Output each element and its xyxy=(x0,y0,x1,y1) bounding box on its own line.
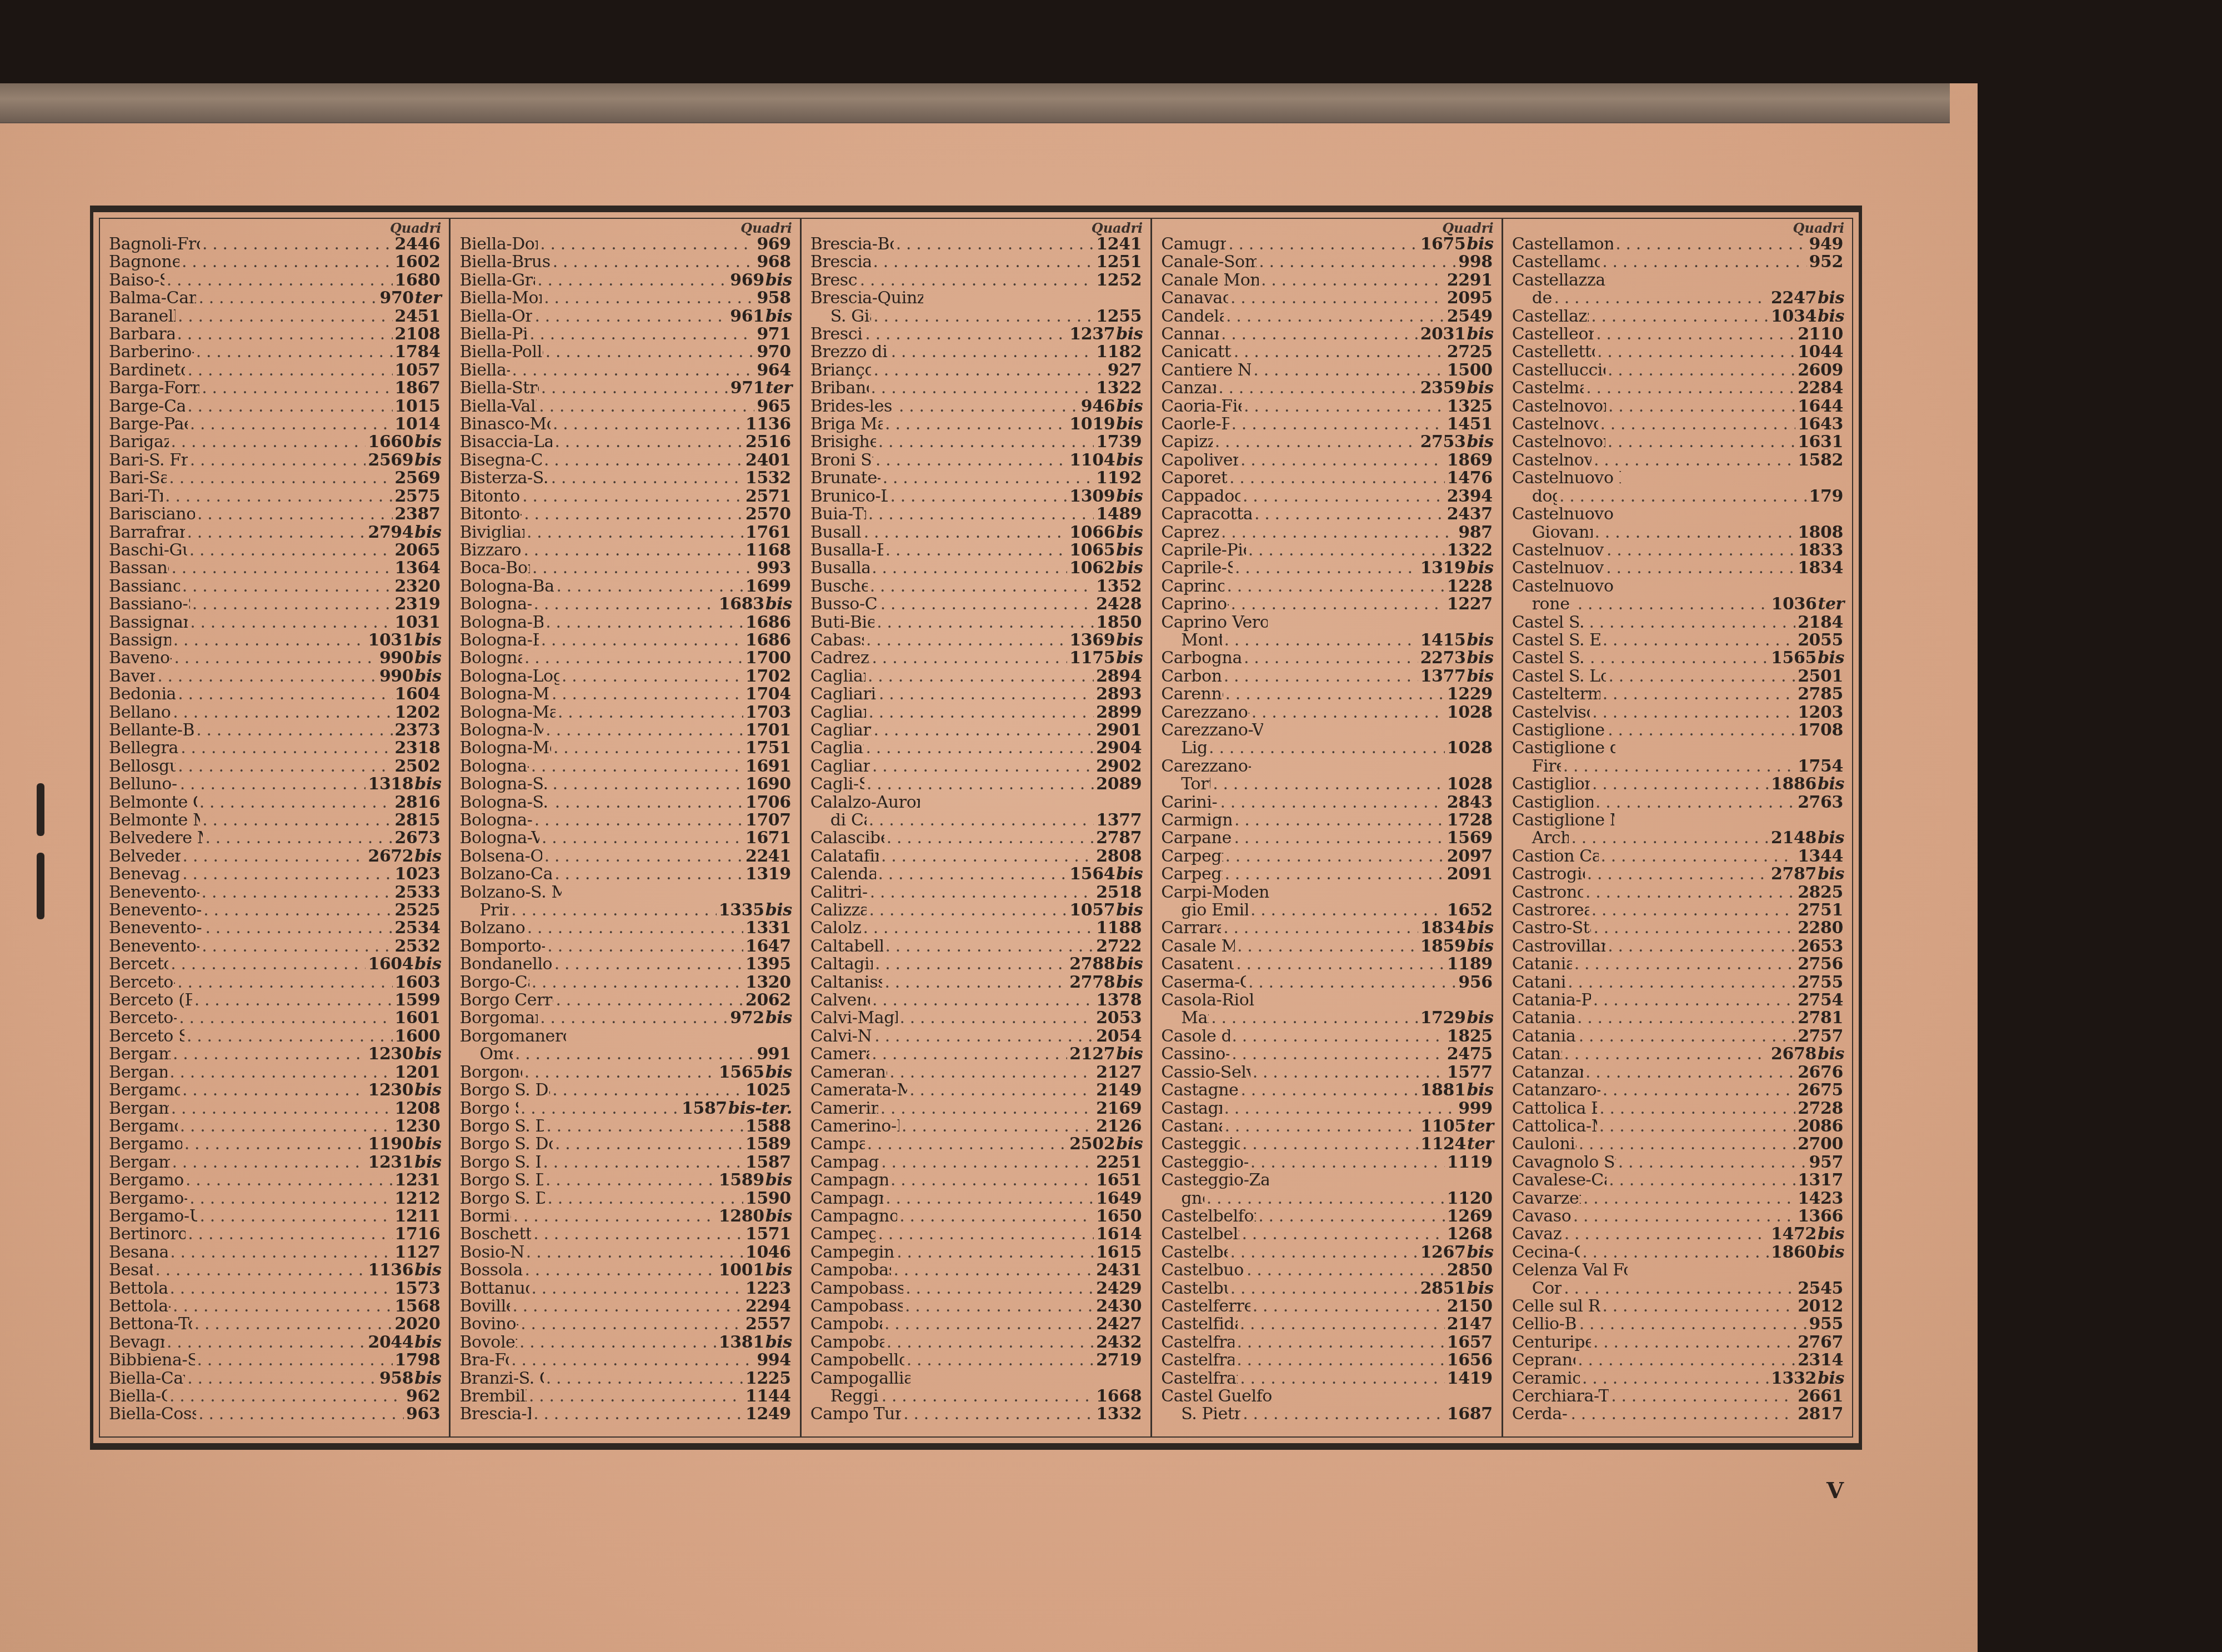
leader-dots xyxy=(1250,1154,1445,1172)
station-name: Catania-Motta xyxy=(1512,974,1566,992)
leader-dots xyxy=(873,362,1105,379)
leader-dots xyxy=(512,1298,743,1315)
number-suffix: bis xyxy=(1116,955,1143,973)
number-suffix: bis xyxy=(414,1370,441,1388)
station-name: Primiero xyxy=(459,902,509,919)
index-entry: Berceto (Poggio)-Fornovo1599 xyxy=(109,992,441,1009)
index-entry: Bondanello Gonzaga Stazione1395 xyxy=(459,955,792,973)
index-entry: Campobasso-Termoli2427 xyxy=(810,1315,1143,1333)
station-name: Benevento-Castelvetere Valf. xyxy=(109,884,199,902)
table-number: 1322 xyxy=(1447,542,1493,559)
station-name: Boville-Giglio xyxy=(459,1298,510,1315)
leader-dots xyxy=(1579,1135,1795,1153)
table-number: 1588 xyxy=(745,1118,791,1135)
index-entry: Castel Guelfo di Bologna-Castel xyxy=(1161,1388,1493,1405)
leader-dots xyxy=(1600,415,1796,433)
index-entry: Boschetto-Borgotaro1571 xyxy=(459,1225,792,1243)
table-number: 1377 xyxy=(1096,812,1142,829)
table-number: 1332 xyxy=(1096,1405,1142,1423)
station-name: Camugnano-Bologna xyxy=(1161,236,1226,253)
station-name: Bergamo-Crema xyxy=(109,1100,169,1118)
leader-dots xyxy=(874,1028,1094,1045)
table-number: 969 xyxy=(757,236,790,253)
index-entry: Borgonovo-Luzzano1565bis xyxy=(459,1064,792,1082)
station-name: Carini-Stazione xyxy=(1161,794,1218,812)
table-number: 2127 xyxy=(1069,1045,1115,1063)
leader-dots xyxy=(1564,1225,1769,1243)
station-name: Capracotta-S. Pietro Avellara xyxy=(1161,505,1252,523)
leader-dots xyxy=(187,1028,392,1045)
leader-dots xyxy=(511,1351,754,1369)
table-number: 1190 xyxy=(368,1135,413,1153)
station-name: Biella-Mongrando-Ivrea xyxy=(459,289,542,307)
index-entry: Cellio-Borgosesia955 xyxy=(1512,1315,1844,1333)
leader-dots xyxy=(872,758,1094,775)
leader-dots xyxy=(182,865,392,883)
table-number: 2899 xyxy=(1096,704,1142,722)
station-name: Casteggio-Bressana Bottar. xyxy=(1161,1135,1240,1153)
number-suffix: bis xyxy=(765,1172,792,1189)
station-name: Barge-Cavour-Moretta xyxy=(109,398,185,415)
table-number: 2184 xyxy=(1798,614,1843,632)
station-name: Bassignana-Alessandria xyxy=(109,614,188,632)
station-name: Brescia-Quinzano d'Oglio-Borgo xyxy=(810,289,923,307)
index-entry: Bertinoro-Forlimpopoli1716 xyxy=(109,1225,441,1243)
index-entry: Bologna-Vignola-Pavullo1671 xyxy=(459,829,792,847)
table-number: 2756 xyxy=(1798,955,1843,973)
table-number: 2901 xyxy=(1096,722,1142,739)
station-name: Campagnano-Roma xyxy=(810,1154,879,1172)
index-entry: Barigazzo-Modena1660bis xyxy=(109,433,441,451)
station-name: Brezzo di Bedero-Luino xyxy=(810,343,889,361)
leader-dots xyxy=(196,343,393,361)
leader-dots xyxy=(865,326,1067,343)
station-name: Castelnovomonti-Ramiseto xyxy=(1512,415,1598,433)
station-name: Bertinoro-Forlimpopoli xyxy=(109,1225,186,1243)
table-number: 1703 xyxy=(745,704,791,722)
table-number: 955 xyxy=(1809,1315,1843,1333)
leader-dots xyxy=(552,1082,743,1099)
index-entry: Castro-Staz. Castro-Pofi2280 xyxy=(1512,919,1844,937)
leader-dots xyxy=(1593,919,1795,937)
station-name: Castel S. Elia-Nepi-Civita C. xyxy=(1512,632,1600,649)
station-name: Candela-Stazione xyxy=(1161,308,1224,326)
leader-dots xyxy=(1592,902,1795,919)
index-entry: Brescia-Vestone1237bis xyxy=(810,326,1143,343)
leader-dots xyxy=(1586,379,1795,397)
number-suffix: bis xyxy=(1467,668,1494,685)
index-entry: Carrara-Bedizzano1834bis xyxy=(1161,919,1493,937)
table-number: 2110 xyxy=(1798,326,1843,343)
table-number: 2446 xyxy=(395,236,441,253)
index-entry: Ligure1028 xyxy=(1161,739,1493,757)
station-name: Bolzano-S. Martino-Fiera di xyxy=(459,884,561,902)
number-suffix: bis xyxy=(765,1334,792,1351)
index-entry: Belvedere Maritt.-Castrovillari2673 xyxy=(109,829,441,847)
leader-dots xyxy=(885,542,1067,559)
table-number: 2149 xyxy=(1096,1082,1142,1099)
table-number: 2673 xyxy=(395,829,441,847)
leader-dots xyxy=(866,632,1067,649)
index-entry: Bari-Santeramo2569 xyxy=(109,469,441,487)
table-number: 2609 xyxy=(1798,362,1843,379)
index-entry: Castelnuovo Garf.-Gorfigliano1833 xyxy=(1512,542,1844,559)
station-name: Barrafranca-Caltanissetta xyxy=(109,524,185,542)
station-name: Castelnovomonti-Reggio Emil. xyxy=(1512,433,1605,451)
table-number: 2294 xyxy=(745,1298,791,1315)
station-name: Catanzaro-Albi xyxy=(1512,1045,1562,1063)
station-name: Biella-Valle-S. Nicolao xyxy=(459,398,537,415)
station-name: Castrogiovanni-Stazione xyxy=(1512,865,1585,883)
leader-dots xyxy=(1603,1298,1796,1315)
leader-dots xyxy=(875,452,1067,469)
table-number: 1650 xyxy=(1096,1208,1142,1225)
table-number: 2785 xyxy=(1798,685,1843,703)
station-name: Caoria-Fiera di Primiero xyxy=(1161,398,1242,415)
index-entry: Archi Scalo2148bis xyxy=(1512,829,1844,847)
table-number: 993 xyxy=(757,559,790,577)
station-name: Bibbiena-S. Piero in Bagno xyxy=(109,1351,195,1369)
table-number: 969 xyxy=(730,272,764,289)
leader-dots xyxy=(180,1118,393,1135)
table-number: 1860 xyxy=(1771,1244,1816,1261)
index-entry: Cassino-Alvito-Sora2475 xyxy=(1161,1045,1493,1063)
number-suffix: bis xyxy=(765,1009,792,1027)
index-entry: Camerino-Fiastra-Bolognola2126 xyxy=(810,1118,1143,1135)
index-entry: Bibbiena-S. Piero in Bagno1798 xyxy=(109,1351,441,1369)
table-number: 2778 xyxy=(1069,974,1115,992)
leader-dots xyxy=(1593,992,1795,1009)
index-entry: Berceto-Marzolara1603 xyxy=(109,974,441,992)
index-entry: Catania-Ramacca2781 xyxy=(1512,1009,1844,1027)
leader-dots xyxy=(552,685,743,703)
leader-dots xyxy=(1215,433,1418,451)
table-number: 2387 xyxy=(395,505,441,523)
table-number: 1590 xyxy=(745,1190,791,1208)
table-number: 2722 xyxy=(1096,938,1142,955)
station-name: Firenze xyxy=(1512,758,1561,775)
leader-dots xyxy=(172,1154,366,1172)
index-entry: Campobasso-Trivento2432 xyxy=(810,1334,1143,1351)
index-entry: Castelbelforte-Verona1267bis xyxy=(1161,1244,1493,1261)
station-name: Bologna-Spilamberto xyxy=(459,812,532,829)
station-name: Bologna-Molino di Cesare xyxy=(459,722,543,739)
index-entry: Castelfranco-Modena1656 xyxy=(1161,1351,1493,1369)
station-name: Calascibetta-Stazione xyxy=(810,829,884,847)
index-entry: Bassiano-Sezze-Stazione2319 xyxy=(109,595,441,613)
index-entry: Castelferretti-Manifattura T.2150 xyxy=(1161,1298,1493,1315)
leader-dots xyxy=(1221,524,1456,542)
leader-dots xyxy=(544,289,754,307)
station-name: Busso-Campobasso xyxy=(810,595,878,613)
leader-dots xyxy=(544,848,743,865)
leader-dots xyxy=(877,614,1094,632)
station-name: S. Pietro d' Emilia xyxy=(1161,1405,1240,1423)
index-entry: Cassio-Selva Bocchetto Staz1577 xyxy=(1161,1064,1493,1082)
station-name: Barga-Fornaci di Barga Staz. xyxy=(109,379,199,397)
index-entry: Cattolica Eraclea-Stazione2728 xyxy=(1512,1100,1844,1118)
station-name: Canzano-Teramo xyxy=(1161,379,1216,397)
table-number: 2728 xyxy=(1798,1100,1843,1118)
index-entry: Campobasso-Gambatesa2431 xyxy=(810,1261,1143,1279)
table-number: 1859 xyxy=(1420,938,1466,955)
table-number: 971 xyxy=(730,379,764,397)
index-entry: Carenno-Calolzio1229 xyxy=(1161,685,1493,703)
index-entry: Caprile-Pieve Livinallongo1322 xyxy=(1161,542,1493,559)
table-number: 2661 xyxy=(1798,1388,1843,1405)
table-number: 2148 xyxy=(1771,829,1816,847)
table-number: 2020 xyxy=(395,1315,441,1333)
leader-dots xyxy=(1225,865,1445,883)
index-entry: Borgo-Castel Tesino1320 xyxy=(459,974,792,992)
station-name: Bassiano-Sermoneta xyxy=(109,578,180,595)
table-number: 1886 xyxy=(1771,775,1816,793)
index-entry: Ceramica Staz.-Terres1332bis xyxy=(1512,1370,1844,1388)
leader-dots xyxy=(1589,614,1795,632)
station-name: Castiglione de' Pepoli-Bologna xyxy=(1512,722,1606,739)
table-number: 1602 xyxy=(395,253,441,271)
number-suffix: bis xyxy=(1116,524,1143,542)
table-number: 965 xyxy=(757,398,790,415)
table-number: 1601 xyxy=(395,1009,441,1027)
table-number: 2571 xyxy=(745,488,791,505)
index-entry: Briançon-Torino927 xyxy=(810,362,1143,379)
index-entry: Campobasso-S. Angelo Limos.2429 xyxy=(810,1280,1143,1298)
index-entry: Camerano-Ancona2127bis xyxy=(810,1045,1143,1063)
index-entry: Biella-Cossato-Borgosesia963 xyxy=(109,1405,441,1423)
station-name: Bari-Santeramo xyxy=(109,469,167,487)
index-entry: Bergamo-S. Omobono1231 xyxy=(109,1172,441,1189)
leader-dots xyxy=(1225,685,1445,703)
station-name: Cantiere Navale-Monfalcone xyxy=(1161,362,1251,379)
station-name: Camerata-Manifattura Tabacchi xyxy=(810,1082,907,1099)
station-name: Campobasso-S. Giov. in Galdo xyxy=(810,1298,903,1315)
number-suffix: bis xyxy=(1818,289,1844,307)
station-name: Bellosguardo-Eboli xyxy=(109,758,176,775)
index-entry: Busalla-Casella1066bis xyxy=(810,524,1143,542)
station-name: Giovanni Valdarno xyxy=(1512,524,1593,542)
index-entry: Bologna-Spilamberto1707 xyxy=(459,812,792,829)
table-number: 2394 xyxy=(1447,488,1493,505)
index-entry: Camerino-Fabriano2169 xyxy=(810,1100,1143,1118)
table-number: 1656 xyxy=(1447,1351,1493,1369)
leader-dots xyxy=(547,1190,743,1208)
table-number: 1833 xyxy=(1798,542,1843,559)
station-name: Caprile-Selva di Cadore xyxy=(1161,559,1233,577)
index-entry: Caulonia-Stazione2700 xyxy=(1512,1135,1844,1153)
table-number: 1761 xyxy=(745,524,791,542)
leader-dots xyxy=(1592,704,1795,722)
table-number: 1046 xyxy=(745,1244,791,1261)
index-entry: Berceto-Borgotaro1604bis xyxy=(109,955,441,973)
index-column-5: Quadri Castellamonte-Sale Castelnuovo949… xyxy=(1503,219,1852,1436)
index-entry: Cavagnolo Staz.-Serralunga Staz.957 xyxy=(1512,1154,1844,1172)
index-entry: Brunico-Longega-S. Vigilio1309bis xyxy=(810,488,1143,505)
station-name: Bosio-Novi Ligure xyxy=(459,1244,523,1261)
index-entry: Borgo S. Donnino-Soragna1590 xyxy=(459,1190,792,1208)
index-entry: Bassano-Vicenza1364 xyxy=(109,559,441,577)
index-entry: Bologna-Marzabotto-Vedegheto1703 xyxy=(459,704,792,722)
leader-dots xyxy=(905,1280,1094,1298)
table-number: 1587 xyxy=(745,1154,791,1172)
number-suffix: bis xyxy=(1467,919,1494,937)
station-name: Bra-Fossano xyxy=(459,1351,509,1369)
table-number: 2054 xyxy=(1096,1028,1142,1045)
table-number: 2817 xyxy=(1798,1405,1843,1423)
station-name: Tortona xyxy=(1161,775,1210,793)
leader-dots xyxy=(1231,595,1445,613)
station-name: Baranello-Stazione xyxy=(109,308,176,326)
leader-dots xyxy=(1573,1208,1795,1225)
table-number: 1647 xyxy=(745,938,791,955)
table-number: 1255 xyxy=(1096,308,1142,326)
table-number: 1066 xyxy=(1069,524,1115,542)
leader-dots xyxy=(189,542,393,559)
table-number: 1604 xyxy=(368,955,413,973)
index-entry: Tortona1028 xyxy=(1161,775,1493,793)
table-number: 1671 xyxy=(745,829,791,847)
station-name: Castellamonte-Sale Castelnuovo xyxy=(1512,236,1614,253)
station-name: Bormio-Livigno xyxy=(459,1208,511,1225)
leader-dots xyxy=(541,379,728,397)
index-entry: S. Pietro d' Emilia1687 xyxy=(1161,1405,1493,1423)
station-name: Castelnuovo Garf.-Gorfigliano xyxy=(1512,542,1604,559)
table-number: 1203 xyxy=(1798,704,1843,722)
table-number: 2012 xyxy=(1798,1298,1843,1315)
index-column-1: Quadri Bagnoli-Frosolone-Cantalupo2446Ba… xyxy=(100,219,451,1436)
table-number: 1332 xyxy=(1771,1370,1816,1388)
station-name: Bolsena-Orvieto Stazione xyxy=(459,848,542,865)
number-suffix: bis xyxy=(414,1154,441,1172)
index-entry: Bettola-Morfasso1568 xyxy=(109,1298,441,1315)
column-header: Quadri xyxy=(109,221,441,236)
station-name: Archi Scalo xyxy=(1512,829,1569,847)
table-number: 1577 xyxy=(1447,1064,1493,1082)
index-entry: Barisciano-Casteldelmonte2387 xyxy=(109,505,441,523)
leader-dots xyxy=(867,1135,1068,1153)
leader-dots xyxy=(533,1225,743,1243)
leader-dots xyxy=(169,1064,392,1082)
number-suffix: ter xyxy=(1467,1118,1494,1135)
station-name: Berceto Staz.-Comune xyxy=(109,1028,184,1045)
station-name: Bologna-S. Benedetto Querc. xyxy=(459,775,550,793)
table-number: 2725 xyxy=(1447,343,1493,361)
index-entry: Campegine-Reggio Emilia1615 xyxy=(810,1244,1143,1261)
index-entry: Bitonto-S. Spirito2570 xyxy=(459,505,792,523)
station-name: Castel S. Giov.-Borgonovo xyxy=(1512,649,1588,667)
leader-dots xyxy=(885,938,1094,955)
station-name: Catania-Zafferana xyxy=(1512,1028,1577,1045)
leader-dots xyxy=(900,1009,1094,1027)
table-number: 2428 xyxy=(1096,595,1142,613)
index-entry: Bolzano-Canazei-Cort. d'Amp.1319 xyxy=(459,865,792,883)
index-entry: Castelnovo Sotto-Parma1582 xyxy=(1512,452,1844,469)
leader-dots xyxy=(192,595,393,613)
station-name: Camerano-Ancona xyxy=(810,1045,870,1063)
index-entry: Bisaccia-Lacedonia-Rocchetta2516 xyxy=(459,433,792,451)
station-name: Caltagirone-Vittoria xyxy=(810,955,873,973)
leader-dots xyxy=(184,1135,366,1153)
leader-dots xyxy=(555,794,743,812)
table-number: 2431 xyxy=(1096,1261,1142,1279)
leader-dots xyxy=(869,812,1094,829)
index-entry: Brescia-Borgosatollo1249 xyxy=(459,1405,792,1423)
number-suffix: bis xyxy=(1467,938,1494,955)
table-number: 1707 xyxy=(745,812,791,829)
index-entry: Carpi-Modena-Concordia-Reg- xyxy=(1161,884,1493,902)
table-number: 1231 xyxy=(368,1154,413,1172)
index-entry: Calendasco-Piacenza1564bis xyxy=(810,865,1143,883)
leader-dots xyxy=(1218,379,1418,397)
index-entry: Capizzi-Nicosia2753bis xyxy=(1161,433,1493,451)
leader-dots xyxy=(190,614,392,632)
leader-dots xyxy=(1615,236,1806,253)
leader-dots xyxy=(198,1405,404,1423)
index-entry: Borgo S. Dalmazzo-Entraque1025 xyxy=(459,1082,792,1099)
leader-dots xyxy=(1578,595,1769,613)
station-name: Bologna-Marzabotto-Vedegheto xyxy=(459,704,555,722)
number-suffix: bis xyxy=(765,1064,792,1082)
leader-dots xyxy=(532,974,743,992)
station-name: Benevento-S. Giorgio Molara xyxy=(109,938,199,955)
index-entry: Calascibetta-Stazione2787 xyxy=(810,829,1143,847)
leader-dots xyxy=(512,362,755,379)
leader-dots xyxy=(524,649,743,667)
table-number: 1668 xyxy=(1096,1388,1142,1405)
station-name: Binasco-Motta Visconti-Pavia xyxy=(459,415,551,433)
index-entry: Corvino2545 xyxy=(1512,1280,1844,1298)
index-entry: Caprino Veronese-Ferrrara di xyxy=(1161,614,1493,632)
index-entry: Catania-Motta2755 xyxy=(1512,974,1844,992)
table-number: 2534 xyxy=(395,919,441,937)
entry-list: Bagnoli-Frosolone-Cantalupo2446Bagnone-P… xyxy=(109,236,441,1424)
leader-dots xyxy=(178,685,392,703)
table-number: 2672 xyxy=(368,848,413,865)
station-name: Barbara-Corinaldo xyxy=(109,326,174,343)
table-number: 2432 xyxy=(1096,1334,1142,1351)
leader-dots xyxy=(534,812,743,829)
index-entry: Castelbuono-Campofelice2850 xyxy=(1161,1261,1493,1279)
table-number: 2557 xyxy=(745,1315,791,1333)
index-entry: Centuripe-Catenanuova2767 xyxy=(1512,1334,1844,1351)
table-number: 1680 xyxy=(395,272,441,289)
station-name: Brescia-Vestone xyxy=(810,326,863,343)
station-name: Bondanello Gonzaga Stazione xyxy=(459,955,552,973)
leader-dots xyxy=(887,1334,1094,1351)
station-name: Canavaccio-Urbino xyxy=(1161,289,1228,307)
number-suffix: bis xyxy=(1116,398,1143,415)
table-number: 971 xyxy=(757,326,790,343)
station-name: Benevagienna-Carrù xyxy=(109,865,180,883)
index-entry: Carpegna-Rimini2091 xyxy=(1161,865,1493,883)
number-suffix: bis xyxy=(1818,865,1844,883)
table-number: 1366 xyxy=(1798,1208,1843,1225)
table-number: 1423 xyxy=(1798,1190,1843,1208)
leader-dots xyxy=(1608,722,1795,739)
leader-dots xyxy=(511,902,717,919)
index-entry: Bergamo-Crema1208 xyxy=(109,1100,441,1118)
leader-dots xyxy=(1221,326,1418,343)
leader-dots xyxy=(1230,289,1445,307)
table-number: 1249 xyxy=(745,1405,791,1423)
station-name: Carezzano-Paderna-Tortona xyxy=(1161,704,1249,722)
leader-dots xyxy=(513,1208,717,1225)
index-entry: gnese1120 xyxy=(1161,1190,1493,1208)
station-name: Cappadocia-Tagliacozzo xyxy=(1161,488,1240,505)
leader-dots xyxy=(907,1351,1094,1369)
table-number: 1034 xyxy=(1771,308,1816,326)
index-entry: Catania-Zafferana2757 xyxy=(1512,1028,1844,1045)
